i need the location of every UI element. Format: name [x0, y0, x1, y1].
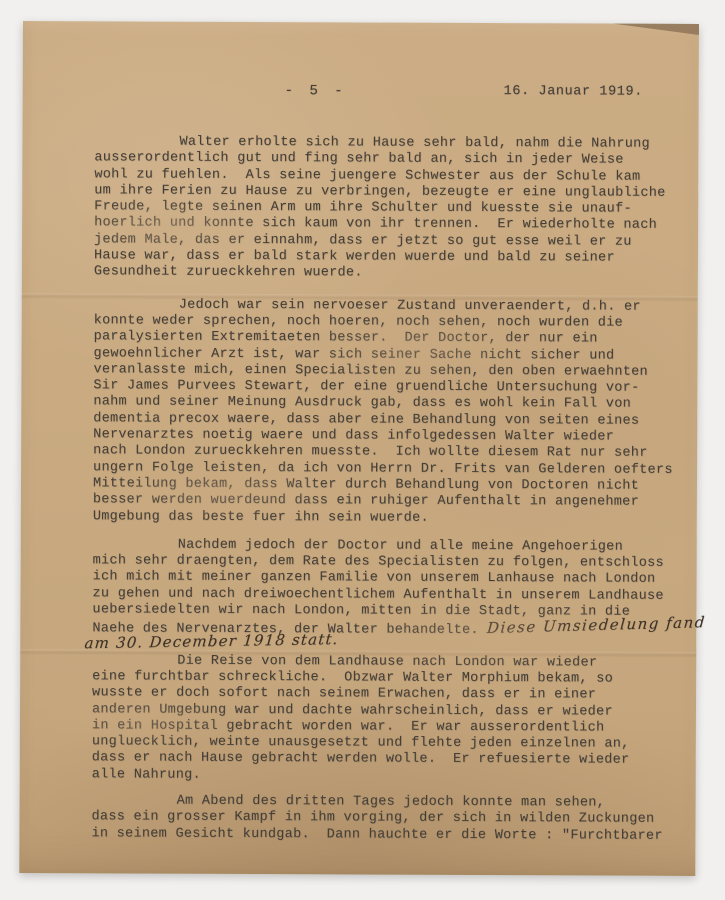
- paragraph: Am Abend des dritten Tages jedoch konnte…: [91, 793, 683, 844]
- typed-line: Umgebung das beste fuer ihn sein wuerde.: [93, 509, 685, 528]
- typed-line: wusste er doch sofort nach seinem Erwach…: [92, 686, 684, 705]
- typed-line: Gesundheit zurueckkehren wuerde.: [94, 265, 686, 284]
- typed-line: in seinem Gesicht kundgab. Dann hauchte …: [91, 826, 683, 845]
- typed-line: alle Nahrung.: [92, 767, 684, 786]
- typed-line: besser werden wuerdeund dass ein ruhiger…: [93, 493, 685, 512]
- typed-line: dass ein grosser Kampf in ihm vorging, d…: [91, 810, 683, 829]
- page-header: - 5 - 16. Januar 1919.: [23, 82, 699, 105]
- letter-body: Walter erholte sich zu Hause sehr bald, …: [91, 134, 686, 844]
- paper-sheet: - 5 - 16. Januar 1919. Walter erholte si…: [19, 21, 699, 876]
- paragraph: Die Reise von dem Landhause nach London …: [92, 653, 685, 786]
- typed-line: paralysierten Extremitaeten besser. Der …: [94, 330, 686, 349]
- paragraph: Walter erholte sich zu Hause sehr bald, …: [94, 134, 687, 283]
- paper-corner-fold: [613, 24, 699, 35]
- handwritten-annotation-line: am 30. December 1918 statt.: [84, 630, 340, 652]
- page-number: - 5 -: [285, 83, 347, 99]
- paragraph: Jedoch war sein nervoeser Zustand unvera…: [93, 297, 686, 528]
- paragraph: Nachdem jedoch der Doctor und alle meine…: [92, 537, 684, 655]
- handwritten-annotation-inline: Diese Umsiedelung fand: [487, 614, 707, 636]
- scan-background: { "colors": { "paper": "#c8a980", "backg…: [0, 0, 725, 900]
- typed-line: ausserordentlich gut und fing sehr bald …: [94, 151, 686, 170]
- letter-date: 16. Januar 1919.: [504, 84, 643, 100]
